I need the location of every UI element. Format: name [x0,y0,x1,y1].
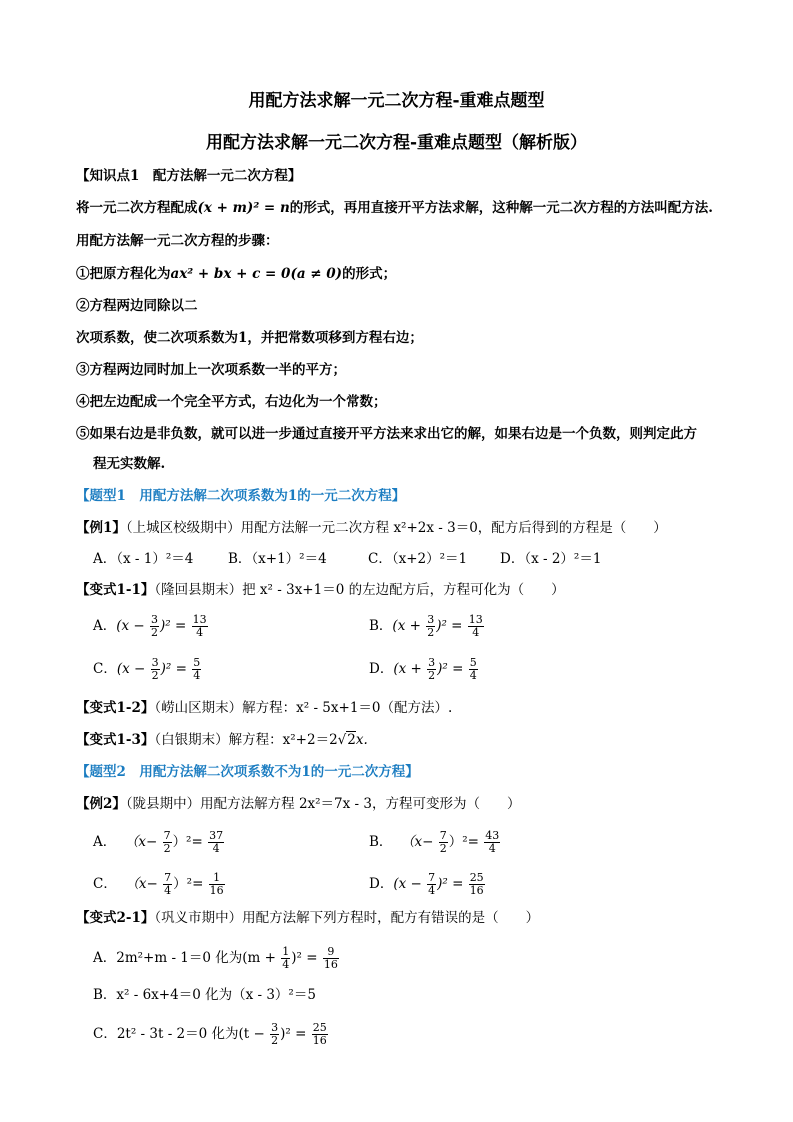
denominator: 4 [208,843,224,855]
variant1-3-question: 【变式1-3】（白银期末）解方程：x²+2＝2√2x. [76,730,368,750]
fraction: 134 [192,614,208,639]
option-letter: B． [369,834,392,850]
step1-formula: ax² + bx + c = 0(a ≠ 0) [171,266,343,282]
option-mid: )² = [160,618,191,634]
fraction: 916 [323,946,339,971]
denominator: 16 [312,1035,328,1047]
variant2-1-option-b: B．x² - 6x+4＝0 化为（x - 3）²＝5 [93,985,316,1005]
step-4: ④把左边配成一个完全平方式，右边化为一个常数； [76,392,387,412]
fraction: 74 [163,872,172,897]
document-page: 用配方法求解一元二次方程-重难点题型 用配方法求解一元二次方程-重难点题型（解析… [0,0,793,1122]
knowledge-intro: 将一元二次方程配成(x + m)² = n的形式，再用直接开平方法求解，这种解一… [76,198,713,218]
option-pre: （x− [125,876,162,892]
variant1-1-option-c: C．(x − 32)² = 54 [93,657,202,682]
example1-option-b: B．（x+1）²＝4 [228,549,327,569]
type2-heading: 【题型2 用配方法解二次项系数不为1的一元二次方程】 [76,762,419,782]
option-pre: C．2t² - 3t - 2＝0 化为(t − [93,1026,269,1042]
variant1-1-label: 【变式1-1】 [76,582,154,598]
option-mid: )² = [280,1026,311,1042]
option-letter: C． [93,876,117,892]
denominator: 2 [163,843,172,855]
fraction: 32 [150,614,159,639]
variant1-1-text: （隆回县期末）把 x² - 3x+1＝0 的左边配方后，方程可化为（ ） [154,582,564,598]
example2-label: 【例2】 [76,796,126,812]
example1-text: （上城区校级期中）用配方法解一元二次方程 x²+2x - 3＝0，配方后得到的方… [126,520,667,536]
denominator: 16 [469,885,485,897]
step-1: ①把原方程化为ax² + bx + c = 0(a ≠ 0)的形式； [76,264,396,284]
fraction: 434 [484,830,500,855]
steps-title: 用配方法解一元二次方程的步骤： [76,231,279,251]
step1-post: 的形式； [342,266,396,282]
variant2-1-label: 【变式2-1】 [76,910,154,926]
option-mid: ）²= [173,876,208,892]
variant1-3-text-post: x. [356,732,368,748]
step1-pre: ①把原方程化为 [76,266,171,282]
fraction: 116 [209,872,225,897]
variant1-2-question: 【变式1-2】（崂山区期末）解方程：x² - 5x+1＝0（配方法）. [76,698,452,718]
denominator: 2 [427,670,436,682]
option-pre: (x − [116,618,149,634]
option-mid: )² = [437,876,468,892]
variant1-1-question: 【变式1-1】（隆回县期末）把 x² - 3x+1＝0 的左边配方后，方程可化为… [76,580,565,600]
example2-text: （陇县期中）用配方法解方程 2x²＝7x - 3，方程可变形为（ ） [126,796,521,812]
sqrt-radicand: 2 [346,731,356,748]
fraction: 32 [270,1022,279,1047]
knowledge-heading: 【知识点1 配方法解一元二次方程】 [76,166,301,186]
variant1-2-text: （崂山区期末）解方程：x² - 5x+1＝0（配方法）. [154,700,452,716]
fraction: 54 [192,657,201,682]
option-mid: )² = [437,661,468,677]
variant1-2-label: 【变式1-2】 [76,700,154,716]
option-mid: )² = [161,661,192,677]
example1-option-d: D．（x - 2）²＝1 [500,549,601,569]
denominator: 4 [281,959,290,971]
variant1-3-label: 【变式1-3】 [76,732,154,748]
denominator: 2 [439,843,448,855]
example1-option-a: A．（x - 1）²＝4 [93,549,193,569]
variant1-1-option-d: D．(x + 32)² = 54 [369,657,479,682]
option-mid: ）²= [173,834,208,850]
variant1-3-text-pre: （白银期末）解方程：x²+2＝2 [154,732,337,748]
denominator: 4 [484,843,500,855]
document-title: 用配方法求解一元二次方程-重难点题型 [0,86,793,111]
option-letter: C． [93,661,117,677]
type1-heading: 【题型1 用配方法解二次项系数为1的一元二次方程】 [76,486,405,506]
example2-option-d: D．(x − 74)² = 2516 [369,872,486,897]
fraction: 374 [208,830,224,855]
option-pre: (x + [393,661,426,677]
option-letter: D． [369,876,393,892]
fraction: 134 [468,614,484,639]
intro-text-pre: 将一元二次方程配成 [76,200,198,216]
option-mid: )² = [291,950,322,966]
fraction: 72 [439,830,448,855]
fraction: 72 [163,830,172,855]
option-pre: (x + [392,618,425,634]
variant1-1-option-a: A．(x − 32)² = 134 [93,614,209,639]
variant2-1-option-c: C．2t² - 3t - 2＝0 化为(t − 32)² = 2516 [93,1022,329,1047]
denominator: 4 [192,670,201,682]
option-letter: A． [93,834,116,850]
example2-option-c: C． （x− 74）²= 116 [93,872,226,897]
denominator: 4 [427,885,436,897]
example1-label: 【例1】 [76,520,126,536]
option-pre: （x− [401,834,438,850]
example2-question: 【例2】（陇县期中）用配方法解方程 2x²＝7x - 3，方程可变形为（ ） [76,794,521,814]
option-mid: )² = [436,618,467,634]
denominator: 4 [469,670,478,682]
fraction: 14 [281,946,290,971]
example2-option-a: A． （x− 72）²= 374 [93,830,225,855]
variant1-1-option-b: B．(x + 32)² = 134 [369,614,485,639]
document-subtitle: 用配方法求解一元二次方程-重难点题型（解析版） [0,128,793,153]
denominator: 4 [163,885,172,897]
denominator: 16 [323,959,339,971]
example2-option-b: B． （x− 72）²= 434 [369,830,501,855]
denominator: 2 [270,1035,279,1047]
fraction: 32 [426,614,435,639]
fraction: 54 [469,657,478,682]
fraction: 2516 [312,1022,328,1047]
step-2a: ②方程两边同除以二 [76,296,198,316]
denominator: 2 [150,627,159,639]
denominator: 4 [468,627,484,639]
step-5b: 程无实数解. [93,454,165,474]
example1-question: 【例1】（上城区校级期中）用配方法解一元二次方程 x²+2x - 3＝0，配方后… [76,518,667,538]
option-pre: (x − [117,661,150,677]
option-letter: D． [369,661,393,677]
denominator: 4 [192,627,208,639]
option-pre: A．2m²+m - 1＝0 化为(m + [93,950,280,966]
step-3: ③方程两边同时加上一次项系数一半的平方； [76,360,346,380]
option-pre: (x − [393,876,426,892]
fraction: 32 [151,657,160,682]
denominator: 2 [426,627,435,639]
intro-text-post: 的形式，再用直接开平方法求解，这种解一元二次方程的方法叫配方法. [290,200,713,216]
fraction: 74 [427,872,436,897]
denominator: 16 [209,885,225,897]
option-pre: （x− [125,834,162,850]
example1-option-c: C．（x+2）²＝1 [368,549,467,569]
step-5a: ⑤如果右边是非负数，就可以进一步通过直接开平方法来求出它的解，如果右边是一个负数… [76,424,697,444]
denominator: 2 [151,670,160,682]
variant2-1-question: 【变式2-1】（巩义市期中）用配方法解下列方程时，配方有错误的是（ ） [76,908,539,928]
variant2-1-text: （巩义市期中）用配方法解下列方程时，配方有错误的是（ ） [154,910,539,926]
step-2b: 次项系数，使二次项系数为1，并把常数项移到方程右边； [76,328,423,348]
option-letter: B． [369,618,392,634]
fraction: 2516 [469,872,485,897]
fraction: 32 [427,657,436,682]
option-letter: A． [93,618,116,634]
option-mid: ）²= [449,834,484,850]
variant2-1-option-a: A．2m²+m - 1＝0 化为(m + 14)² = 916 [93,946,340,971]
intro-formula: (x + m)² = n [198,200,290,216]
